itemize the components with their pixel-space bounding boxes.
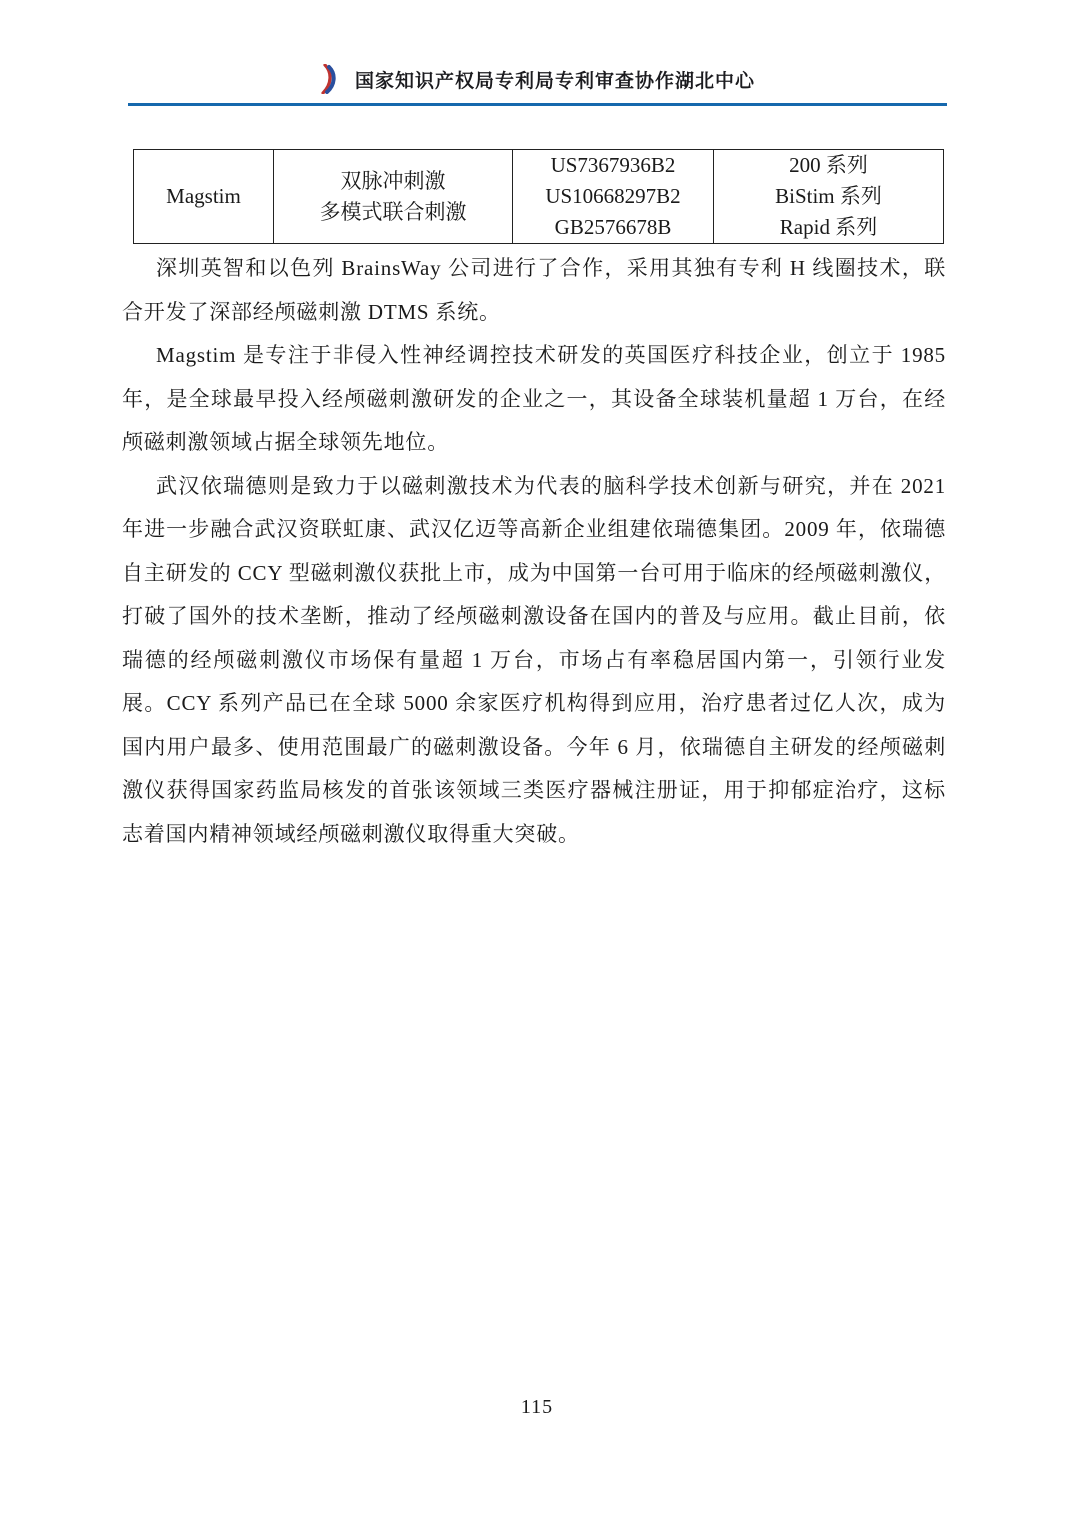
cell-technologies: 双脉冲刺激 多模式联合刺激 <box>274 150 513 244</box>
cell-products: 200 系列 BiStim 系列 Rapid 系列 <box>714 150 944 244</box>
paragraph-magstim: Magstim 是专注于非侵入性神经调控技术研发的英国医疗科技企业，创立于 19… <box>122 334 946 465</box>
body-text: 深圳英智和以色列 BrainsWay 公司进行了合作，采用其独有专利 H 线圈技… <box>122 247 946 856</box>
technology-line: 双脉冲刺激 <box>274 166 512 197</box>
technology-line: 多模式联合刺激 <box>274 197 512 228</box>
page-footer: 115 <box>0 1396 1074 1419</box>
patent-number: US10668297B2 <box>513 181 713 212</box>
table-row: Magstim 双脉冲刺激 多模式联合刺激 US7367936B2 US1066… <box>134 150 944 244</box>
header-title: 国家知识产权局专利局专利审查协作湖北中心 <box>355 66 755 93</box>
product-series: Rapid 系列 <box>714 212 943 243</box>
header-rule <box>128 103 947 106</box>
page-header: 国家知识产权局专利局专利审查协作湖北中心 <box>0 64 1074 94</box>
patent-number: US7367936B2 <box>513 150 713 181</box>
page-number: 115 <box>521 1396 553 1418</box>
patent-number: GB2576678B <box>513 212 713 243</box>
paragraph-yiruide: 武汉依瑞德则是致力于以磁刺激技术为代表的脑科学技术创新与研究，并在 2021 年… <box>122 465 946 857</box>
product-series: 200 系列 <box>714 150 943 181</box>
paragraph-brainsway: 深圳英智和以色列 BrainsWay 公司进行了合作，采用其独有专利 H 线圈技… <box>122 247 946 334</box>
document-page: 国家知识产权局专利局专利审查协作湖北中心 Magstim 双脉冲刺激 多模式联合… <box>0 0 1074 1520</box>
cell-company: Magstim <box>134 150 274 244</box>
cell-patents: US7367936B2 US10668297B2 GB2576678B <box>513 150 714 244</box>
company-name: Magstim <box>134 181 273 212</box>
product-series: BiStim 系列 <box>714 181 943 212</box>
patent-table: Magstim 双脉冲刺激 多模式联合刺激 US7367936B2 US1066… <box>133 149 944 244</box>
brand-swoosh-icon <box>319 64 341 94</box>
